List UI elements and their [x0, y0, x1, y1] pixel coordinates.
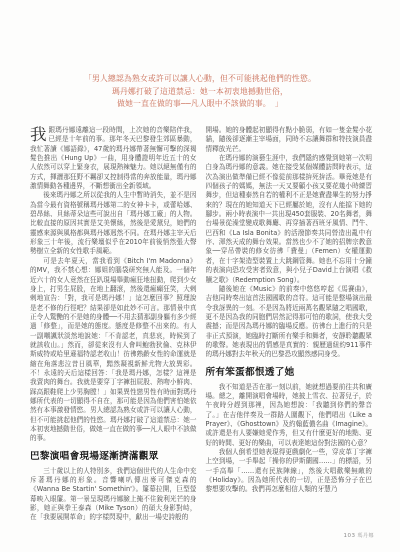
body-paragraph: 我不知道是否在那一刻以前，她就想過要前往共和廣場。總之，離開演唱會場時，她披上雪… — [206, 383, 373, 448]
pull-quote-line-3: 做她一直在做的事──凡人眼中不該做的事。 」 — [26, 98, 374, 111]
pull-quote-line-1: 「男人總認為熟女或許可以讓人心動，但不可能挑起他們的性慾。 — [26, 73, 374, 86]
page-number: 103 — [343, 533, 355, 539]
body-paragraph: 我跟瑪丹娜遠離這一段時間，上次她的音樂陪伴我，已經是十年前的事。那年冬天巴黎發生… — [30, 126, 197, 191]
page-footer: 103瑪丹娜 — [343, 533, 374, 539]
body-paragraph: 在瑪丹娜的演藝生涯中，我們隱約感覺到她第一次明白身為瑪丹娜的意義。她在接受某個媒… — [206, 154, 373, 285]
right-column: 開場。她的身體起初顯得有點小脆弱，有如一隻金髮小花貓，隨後卻逐漸主宰場面，同時不… — [206, 126, 373, 523]
section-heading: 所有笨蛋都恨透了她 — [206, 367, 373, 379]
body-paragraph: 我個人倒希望她表現得更戲劇化一些，穿皮革丁字褲上空到場，一手舉起「操你的伊斯蘭國… — [206, 448, 373, 495]
text-columns: 我跟瑪丹娜遠離這一段時間，上次她的音樂陪伴我，已經是十年前的事。那年冬天巴黎發生… — [30, 126, 372, 523]
left-column: 我跟瑪丹娜遠離這一段時間，上次她的音樂陪伴我，已經是十年前的事。那年冬天巴黎發生… — [30, 126, 197, 523]
drop-cap: 我 — [30, 126, 49, 144]
body-paragraph: 後來瑪丹娜之所以從我的人生中暫時消失，並不是因為當今最有資格號稱瑪丹娜第二的女神… — [30, 191, 197, 256]
footer-chapter-label: 瑪丹娜 — [357, 533, 374, 539]
book-page: 「男人總認為熟女或許可以讓人心動，但不可能挑起他們的性慾。 瑪丹娜打破了這道禁忌… — [0, 0, 400, 552]
body-paragraph: 三十歲以上的人特別多，我們這個世代的人生命中充斥著瑪丹娜的形象。音響喇叭傳出麥可… — [30, 467, 197, 523]
pull-quote-line-2: 瑪丹娜打破了這道禁忌：她一本初衷地撼動世俗， — [26, 86, 374, 99]
body-paragraph: 可是去年夏天，當我看到《Bitch I'm Madonna》的MV，我不禁心想：… — [30, 257, 197, 444]
body-paragraph: 隨後她在《Music》的前奏中悠悠哼起《馬賽曲》，吉他同時奏出這首法國國歌的音符… — [206, 285, 373, 360]
body-paragraph: 開場。她的身體起初顯得有點小脆弱，有如一隻金髮小花貓，隨後卻逐漸主宰場面，同時不… — [206, 126, 373, 154]
section-heading: 巴黎演唱會現場逐漸擠滿觀眾 — [30, 451, 197, 463]
pull-quote: 「男人總認為熟女或許可以讓人心動，但不可能挑起他們的性慾。 瑪丹娜打破了這道禁忌… — [26, 73, 374, 111]
